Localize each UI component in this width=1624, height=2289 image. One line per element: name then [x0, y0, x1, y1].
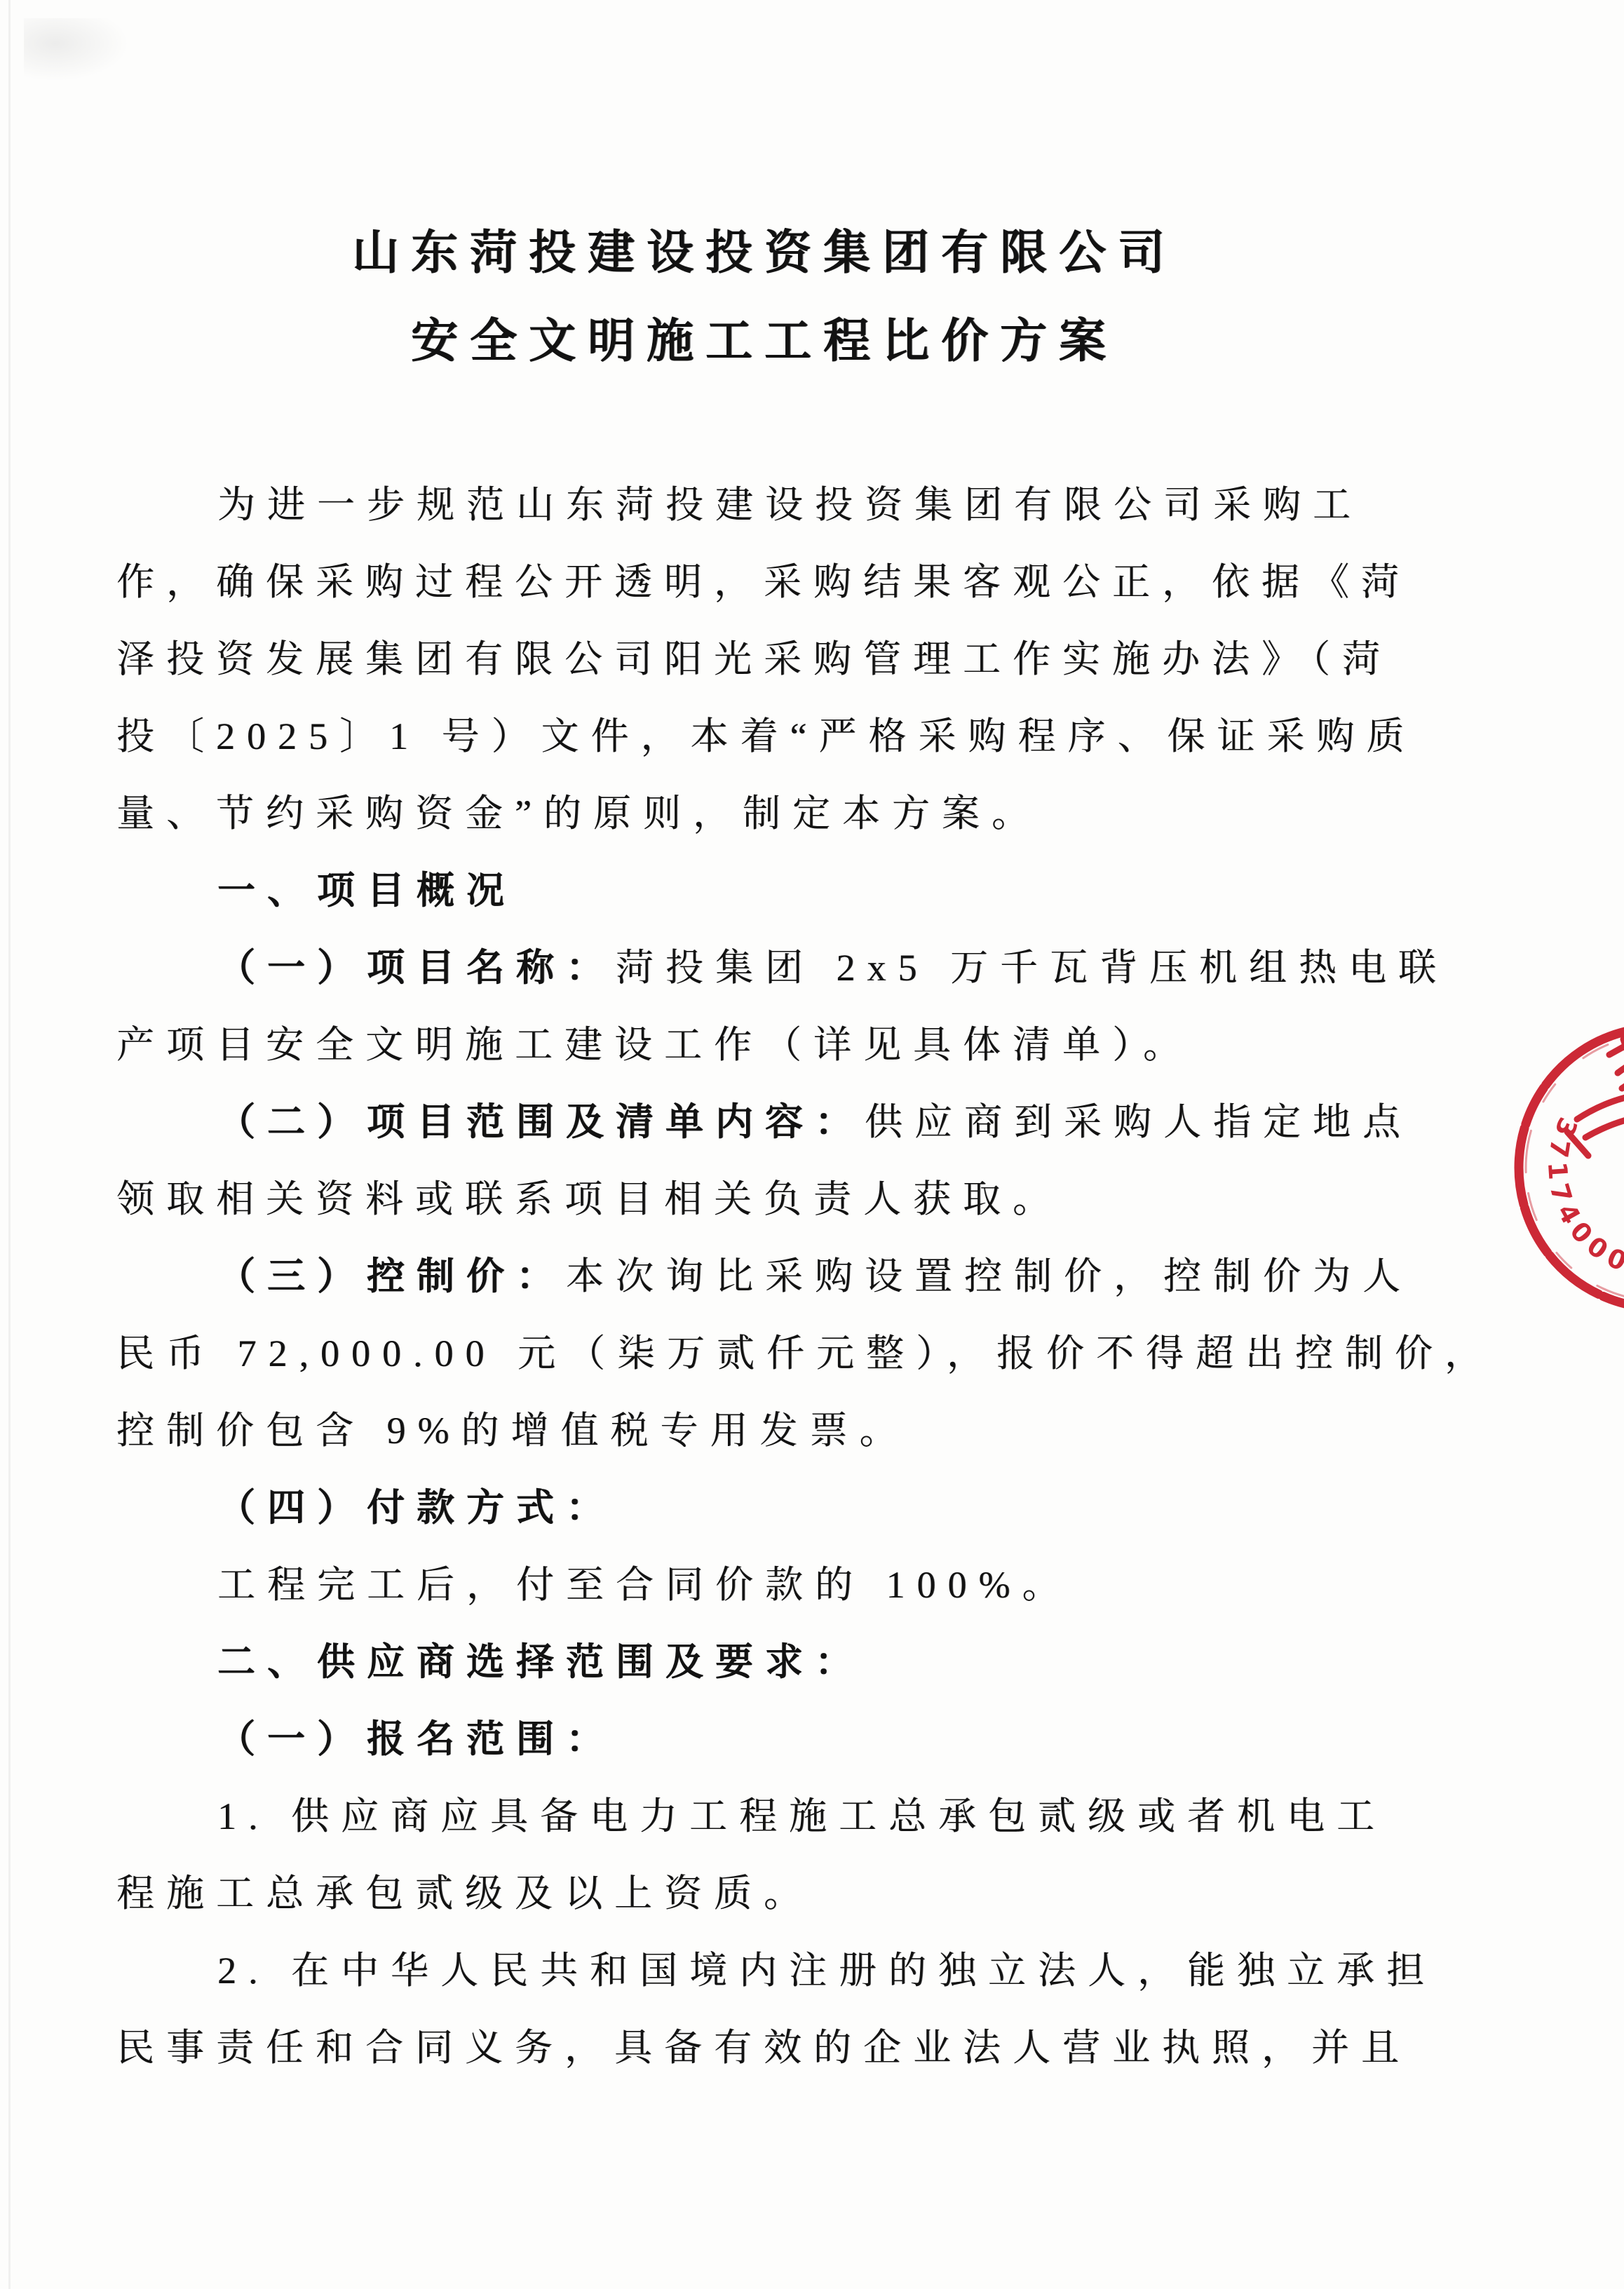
intro-line-1: 为进一步规范山东菏投建设投资集团有限公司采购工: [116, 466, 1412, 543]
document-body: 为进一步规范山东菏投建设投资集团有限公司采购工 作，确保采购过程公开透明，采购结…: [116, 466, 1412, 2086]
heading-2-supplier-scope: 二、供应商选择范围及要求：: [116, 1623, 1412, 1701]
clause-payment-method: （四）付款方式：: [116, 1469, 1412, 1546]
requirement-2-line-2: 民事责任和合同义务，具备有效的企业法人营业执照，并且: [116, 2009, 1412, 2086]
clause-control-price-line-3: 控制价包含 9%的增值税专用发票。: [116, 1392, 1412, 1469]
clause-control-price-line-1: （三）控制价：本次询比采购设置控制价，控制价为人: [116, 1238, 1412, 1315]
clause-project-scope-line-2: 领取相关资料或联系项目相关负责人获取。: [116, 1161, 1412, 1238]
clause-control-price-label: （三）控制价：: [217, 1255, 566, 1297]
clause-control-price-line-2: 民币 72,000.00 元（柒万贰仟元整），报价不得超出控制价，: [116, 1315, 1412, 1392]
clause-registration-scope: （一）报名范围：: [116, 1701, 1412, 1778]
clause-project-name-line-1: （一）项目名称：菏投集团 2x5 万千瓦背压机组热电联: [116, 929, 1412, 1006]
clause-payment-method-label: （四）付款方式：: [217, 1487, 616, 1529]
scan-corner-smudge: [24, 18, 129, 81]
official-seal: 37174000: [1447, 994, 1624, 1345]
requirement-1-line-1: 1. 供应商应具备电力工程施工总承包贰级或者机电工: [116, 1778, 1412, 1855]
payment-terms-line: 工程完工后，付至合同价款的 100%。: [116, 1546, 1412, 1623]
heading-1-project-overview: 一、项目概况: [116, 852, 1412, 929]
clause-registration-scope-label: （一）报名范围：: [217, 1718, 616, 1760]
clause-project-name-text: 菏投集团 2x5 万千瓦背压机组热电联: [616, 947, 1448, 989]
document-title-line-2: 安全文明施工工程比价方案: [116, 297, 1412, 386]
intro-line-2: 作，确保采购过程公开透明，采购结果客观公正，依据《菏: [116, 543, 1412, 621]
clause-project-name-label: （一）项目名称：: [217, 947, 616, 989]
document-title-line-1: 山东菏投建设投资集团有限公司: [116, 209, 1412, 297]
scan-edge-streak: [8, 0, 11, 2289]
clause-project-scope-text: 供应商到采购人指定地点: [865, 1101, 1412, 1143]
intro-line-4: 投〔2025〕1 号）文件，本着“严格采购程序、保证采购质: [116, 698, 1412, 775]
document-content: 山东菏投建设投资集团有限公司 安全文明施工工程比价方案 为进一步规范山东菏投建设…: [116, 209, 1412, 2086]
clause-project-name-line-2: 产项目安全文明施工建设工作（详见具体清单）。: [116, 1006, 1412, 1083]
clause-project-scope-line-1: （二）项目范围及清单内容：供应商到采购人指定地点: [116, 1083, 1412, 1161]
intro-line-3: 泽投资发展集团有限公司阳光采购管理工作实施办法》（菏: [116, 621, 1412, 698]
clause-project-scope-label: （二）项目范围及清单内容：: [217, 1101, 865, 1143]
clause-control-price-text: 本次询比采购设置控制价，控制价为人: [566, 1255, 1412, 1297]
document-page: 山东菏投建设投资集团有限公司 安全文明施工工程比价方案 为进一步规范山东菏投建设…: [0, 0, 1624, 2289]
requirement-1-line-2: 程施工总承包贰级及以上资质。: [116, 1855, 1412, 1932]
requirement-2-line-1: 2. 在中华人民共和国境内注册的独立法人，能独立承担: [116, 1932, 1412, 2009]
intro-line-5: 量、节约采购资金”的原则，制定本方案。: [116, 775, 1412, 852]
